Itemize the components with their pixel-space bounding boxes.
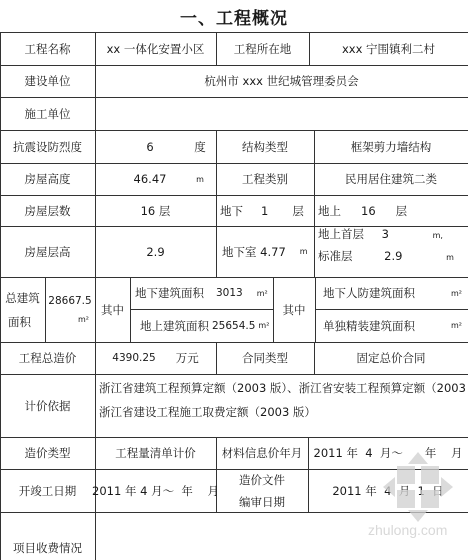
standard-floor-height: 标准层 2.9 m — [318, 248, 454, 264]
page-title: 一、工程概况 — [0, 4, 468, 29]
cost-type-value: 工程量清单计价 — [95, 437, 216, 469]
project-category-value: 民用居住建筑二类 — [314, 163, 468, 195]
above-ground-unit: 层 — [396, 203, 408, 219]
basement-height-value: 地下室 4.77 — [222, 244, 286, 260]
above-ground-label: 地上 — [318, 203, 341, 219]
underground-area-unit: m² — [257, 289, 268, 298]
basement-height: 地下室 4.77 m — [216, 226, 314, 277]
construction-period-value: 2011 年 4 月～ 年 月 — [95, 469, 216, 512]
total-area-label: 总建筑 面积 — [0, 277, 45, 342]
above-ground-value: 16 — [361, 204, 376, 218]
material-price-date-label: 材料信息价年月 — [216, 437, 308, 469]
contractor-label: 施工单位 — [0, 97, 95, 130]
standard-floor-label: 标准层 — [318, 249, 353, 263]
among-label-1: 其中 — [95, 277, 130, 342]
seismic-value: 6 — [120, 130, 180, 163]
height-value: 46.47 — [120, 163, 180, 195]
review-date-label: 造价文件 编审日期 — [216, 469, 308, 512]
civil-defense-area-unit: m² — [451, 289, 462, 298]
client-label: 建设单位 — [0, 65, 95, 97]
fitout-area-unit: m² — [451, 321, 462, 330]
aboveground-area: 地上建筑面积 25654.5 m² — [130, 309, 273, 342]
floors-label: 房屋层数 — [0, 195, 95, 226]
pricing-basis-line2: 浙江省建设工程施工取费定额（2003 版） — [99, 404, 316, 420]
civil-defense-area-label: 地下人防建筑面积 — [323, 285, 415, 301]
first-floor-value: 3 — [382, 227, 389, 241]
construction-period-label: 开竣工日期 — [0, 469, 95, 512]
pricing-basis-label: 计价依据 — [0, 374, 95, 437]
project-location-value: xxx 宁围镇利二村 — [309, 32, 468, 65]
total-area-value: 28667.5 m² — [45, 277, 95, 342]
pricing-basis-value: 浙江省建筑工程预算定额（2003 版）、浙江省安装工程预算定额（2003 版）、… — [95, 374, 468, 437]
total-cost-unit: 万元 — [176, 350, 199, 366]
first-floor-unit: m, — [433, 231, 443, 240]
first-floor-height: 地上首层 3 m, — [318, 226, 443, 242]
underground-area-value: 3013 — [216, 287, 243, 299]
fee-status-label: 项目收费情况 — [0, 512, 95, 560]
total-area-number: 28667.5 — [48, 295, 91, 307]
seismic-unit: 度 — [190, 130, 210, 163]
total-area-unit: m² — [78, 315, 95, 324]
standard-floor-unit: m — [446, 253, 454, 262]
structure-type-label: 结构类型 — [216, 130, 314, 163]
contractor-value — [95, 97, 468, 130]
floor-height-label: 房屋层高 — [0, 226, 95, 277]
basement-height-unit: m — [300, 247, 308, 256]
review-date-label-line1: 造价文件 — [239, 472, 285, 488]
standard-floor-value: 2.9 — [384, 249, 402, 263]
zhulong-logo-icon — [383, 452, 453, 522]
total-cost-label: 工程总造价 — [0, 342, 95, 374]
aboveground-area-unit: m² — [258, 321, 269, 330]
total-cost-value: 4390.25 万元 — [95, 342, 216, 374]
underground-area: 地下建筑面积 3013 m² — [130, 277, 273, 309]
below-ground-floors: 地下 1 层 — [216, 195, 314, 226]
project-category-label: 工程类别 — [216, 163, 314, 195]
total-area-label-line2: 面积 — [0, 314, 31, 330]
height-unit: m — [190, 163, 210, 195]
civil-defense-area: 地下人防建筑面积 m² — [315, 277, 468, 309]
aboveground-area-value: 25654.5 — [212, 320, 255, 332]
among-label-2: 其中 — [273, 277, 315, 342]
total-cost-number: 4390.25 — [112, 352, 155, 364]
upper-floor-heights: 地上首层 3 m, 标准层 2.9 m — [314, 226, 468, 277]
seismic-label: 抗震设防烈度 — [0, 130, 95, 163]
below-ground-label: 地下 — [220, 203, 243, 219]
structure-type-value: 框架剪力墙结构 — [314, 130, 468, 163]
project-name-value: xx 一体化安置小区 — [95, 32, 216, 65]
underground-area-label: 地下建筑面积 — [135, 285, 204, 301]
contract-type-label: 合同类型 — [216, 342, 314, 374]
floor-height-value: 2.9 — [95, 226, 216, 277]
aboveground-area-label: 地上建筑面积 — [140, 318, 209, 334]
fitout-area-label: 单独精装建筑面积 — [323, 318, 415, 334]
contract-type-value: 固定总价合同 — [314, 342, 468, 374]
pricing-basis-line1: 浙江省建筑工程预算定额（2003 版）、浙江省安装工程预算定额（2003 版）、 — [99, 380, 468, 396]
project-name-label: 工程名称 — [0, 32, 95, 65]
review-date-label-line2: 编审日期 — [239, 494, 285, 510]
fitout-area: 单独精装建筑面积 m² — [315, 309, 468, 342]
below-ground-unit: 层 — [292, 203, 304, 219]
below-ground-value: 1 — [261, 204, 268, 218]
cost-type-label: 造价类型 — [0, 437, 95, 469]
client-value: 杭州市 xxx 世纪城管理委员会 — [95, 65, 468, 97]
floors-value: 16 层 — [95, 195, 216, 226]
height-label: 房屋高度 — [0, 163, 95, 195]
total-area-label-line1: 总建筑 — [5, 290, 40, 306]
first-floor-label: 地上首层 — [318, 227, 364, 241]
watermark-text: zhulong.com — [368, 522, 447, 538]
above-ground-floors: 地上 16 层 — [314, 195, 468, 226]
project-location-label: 工程所在地 — [216, 32, 309, 65]
